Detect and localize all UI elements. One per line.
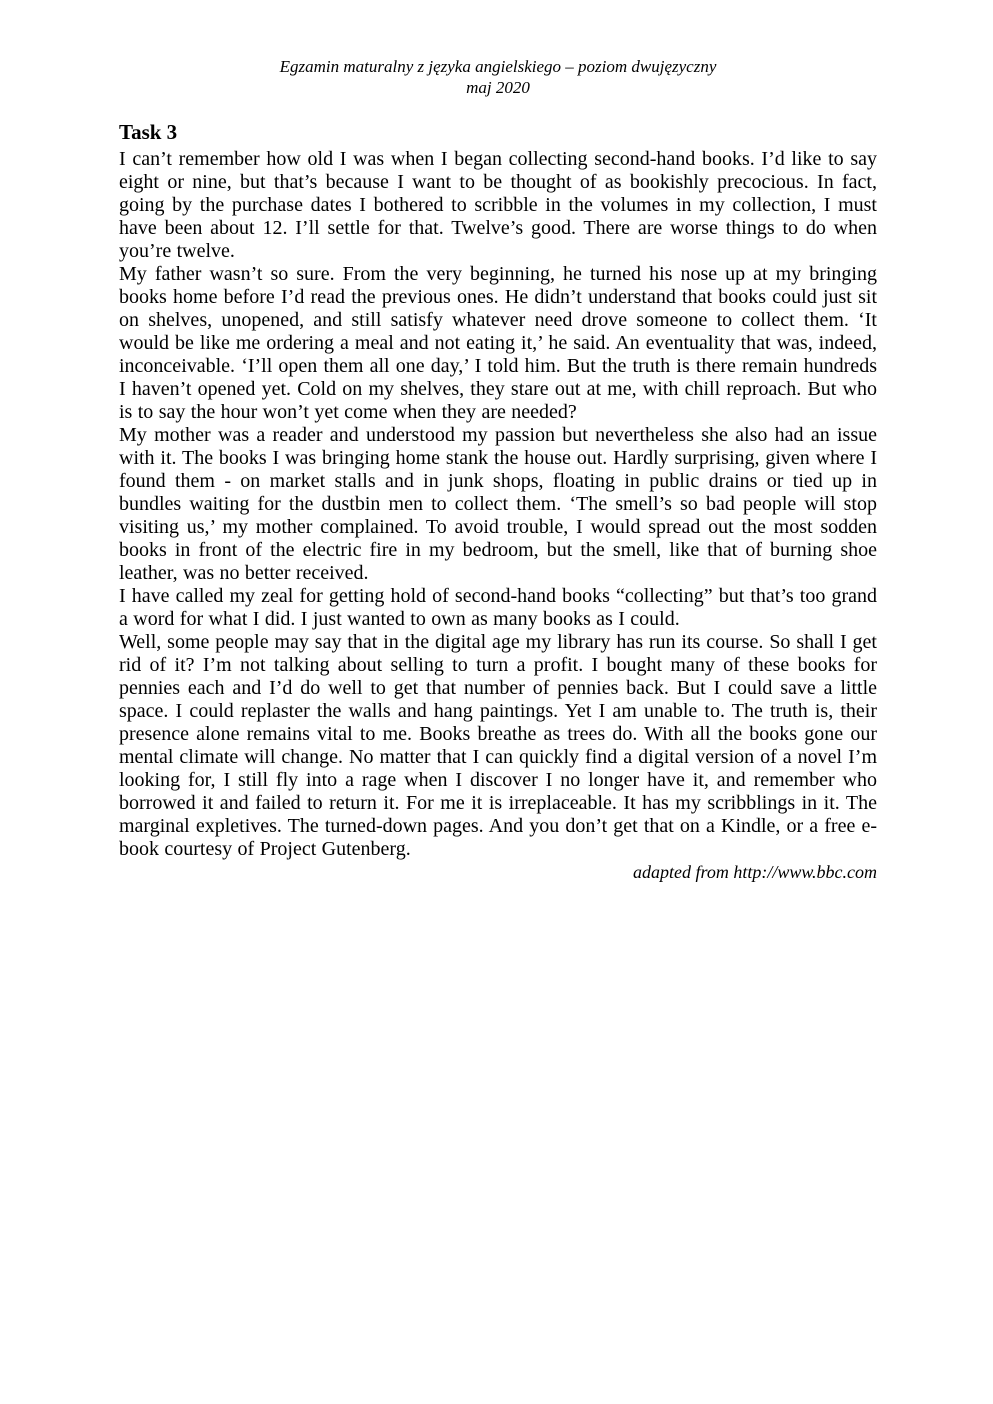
- article-paragraph-3: My mother was a reader and understood my…: [119, 424, 877, 585]
- running-header: Egzamin maturalny z języka angielskiego …: [119, 56, 877, 98]
- article-paragraph-2: My father wasn’t so sure. From the very …: [119, 263, 877, 424]
- article-text: I can’t remember how old I was when I be…: [119, 148, 877, 884]
- header-exam-date: maj 2020: [119, 77, 877, 98]
- exam-page: Egzamin maturalny z języka angielskiego …: [0, 0, 993, 1404]
- article-paragraph-1: I can’t remember how old I was when I be…: [119, 148, 877, 263]
- article-paragraph-4: I have called my zeal for getting hold o…: [119, 585, 877, 631]
- header-exam-title: Egzamin maturalny z języka angielskiego …: [119, 56, 877, 77]
- article-attribution: adapted from http://www.bbc.com: [119, 861, 877, 884]
- article-paragraph-5: Well, some people may say that in the di…: [119, 631, 877, 861]
- task-title: Task 3: [119, 121, 877, 144]
